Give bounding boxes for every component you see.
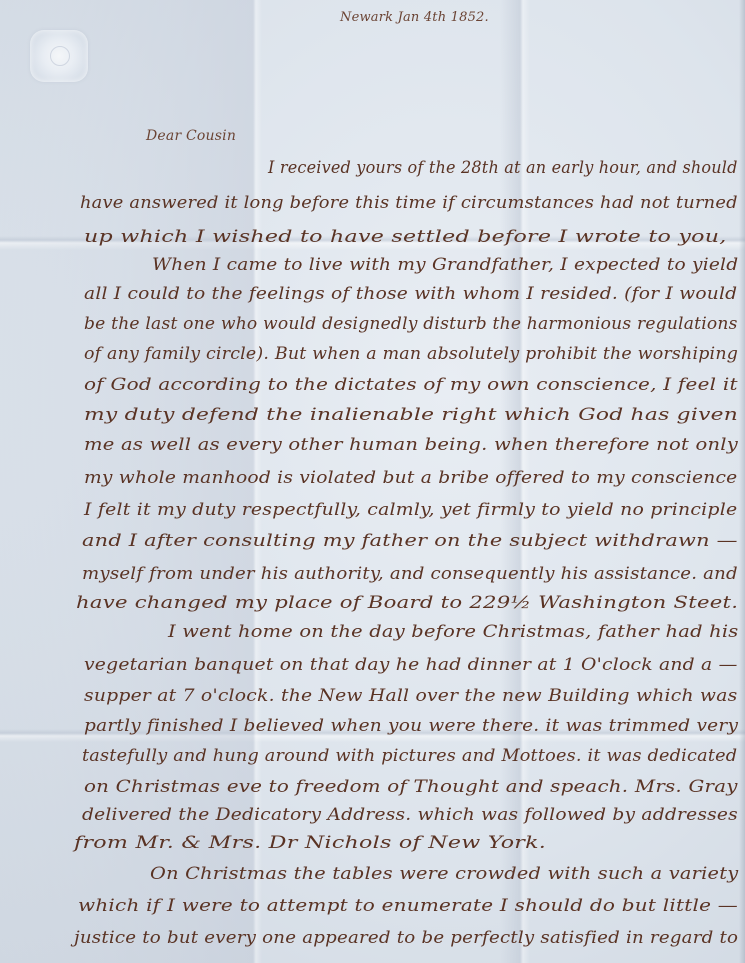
letter-line: supper at 7 o'clock. the New Hall over t… (84, 688, 737, 704)
letter-line: I felt it my duty respectfully, calmly, … (84, 502, 737, 518)
letter-line: of God according to the dictates of my o… (84, 377, 738, 393)
dateline: Newark Jan 4th 1852. (340, 10, 489, 25)
letter-page: Newark Jan 4th 1852. Dear Cousin I recei… (0, 0, 745, 963)
letter-line: When I came to live with my Grandfather,… (152, 257, 738, 273)
letter-line: from Mr. & Mrs. Dr Nichols of New York. (74, 835, 546, 851)
letter-line: I received yours of the 28th at an early… (268, 160, 738, 176)
letter-line: all I could to the feelings of those wit… (84, 286, 737, 302)
letter-line: justice to but every one appeared to be … (74, 930, 738, 946)
letter-line: up which I wished to have settled before… (84, 229, 727, 245)
letter-line: which if I were to attempt to enumerate … (78, 898, 738, 914)
letter-line: on Christmas eve to freedom of Thought a… (84, 779, 738, 795)
letter-line: of any family circle). But when a man ab… (84, 346, 738, 362)
letter-line: tastefully and hung around with pictures… (82, 748, 737, 764)
letter-line: and I after consulting my father on the … (82, 533, 738, 549)
salutation: Dear Cousin (146, 128, 236, 144)
letter-line: have changed my place of Board to 229½ W… (76, 595, 738, 611)
letter-line: On Christmas the tables were crowded wit… (150, 866, 738, 882)
letter-line: have answered it long before this time i… (80, 195, 738, 211)
letter-line: me as well as every other human being. w… (84, 437, 738, 453)
letter-line: delivered the Dedicatory Address. which … (82, 807, 738, 823)
letter-line: vegetarian banquet on that day he had di… (84, 657, 738, 673)
letter-line: my duty defend the inalienable right whi… (84, 407, 738, 423)
embossed-seal-icon (30, 30, 88, 82)
letter-line: partly finished I believed when you were… (84, 718, 738, 734)
letter-line: my whole manhood is violated but a bribe… (84, 470, 737, 486)
letter-line: myself from under his authority, and con… (82, 566, 738, 582)
letter-line: I went home on the day before Christmas,… (168, 624, 738, 640)
letter-line: be the last one who would designedly dis… (84, 316, 738, 332)
